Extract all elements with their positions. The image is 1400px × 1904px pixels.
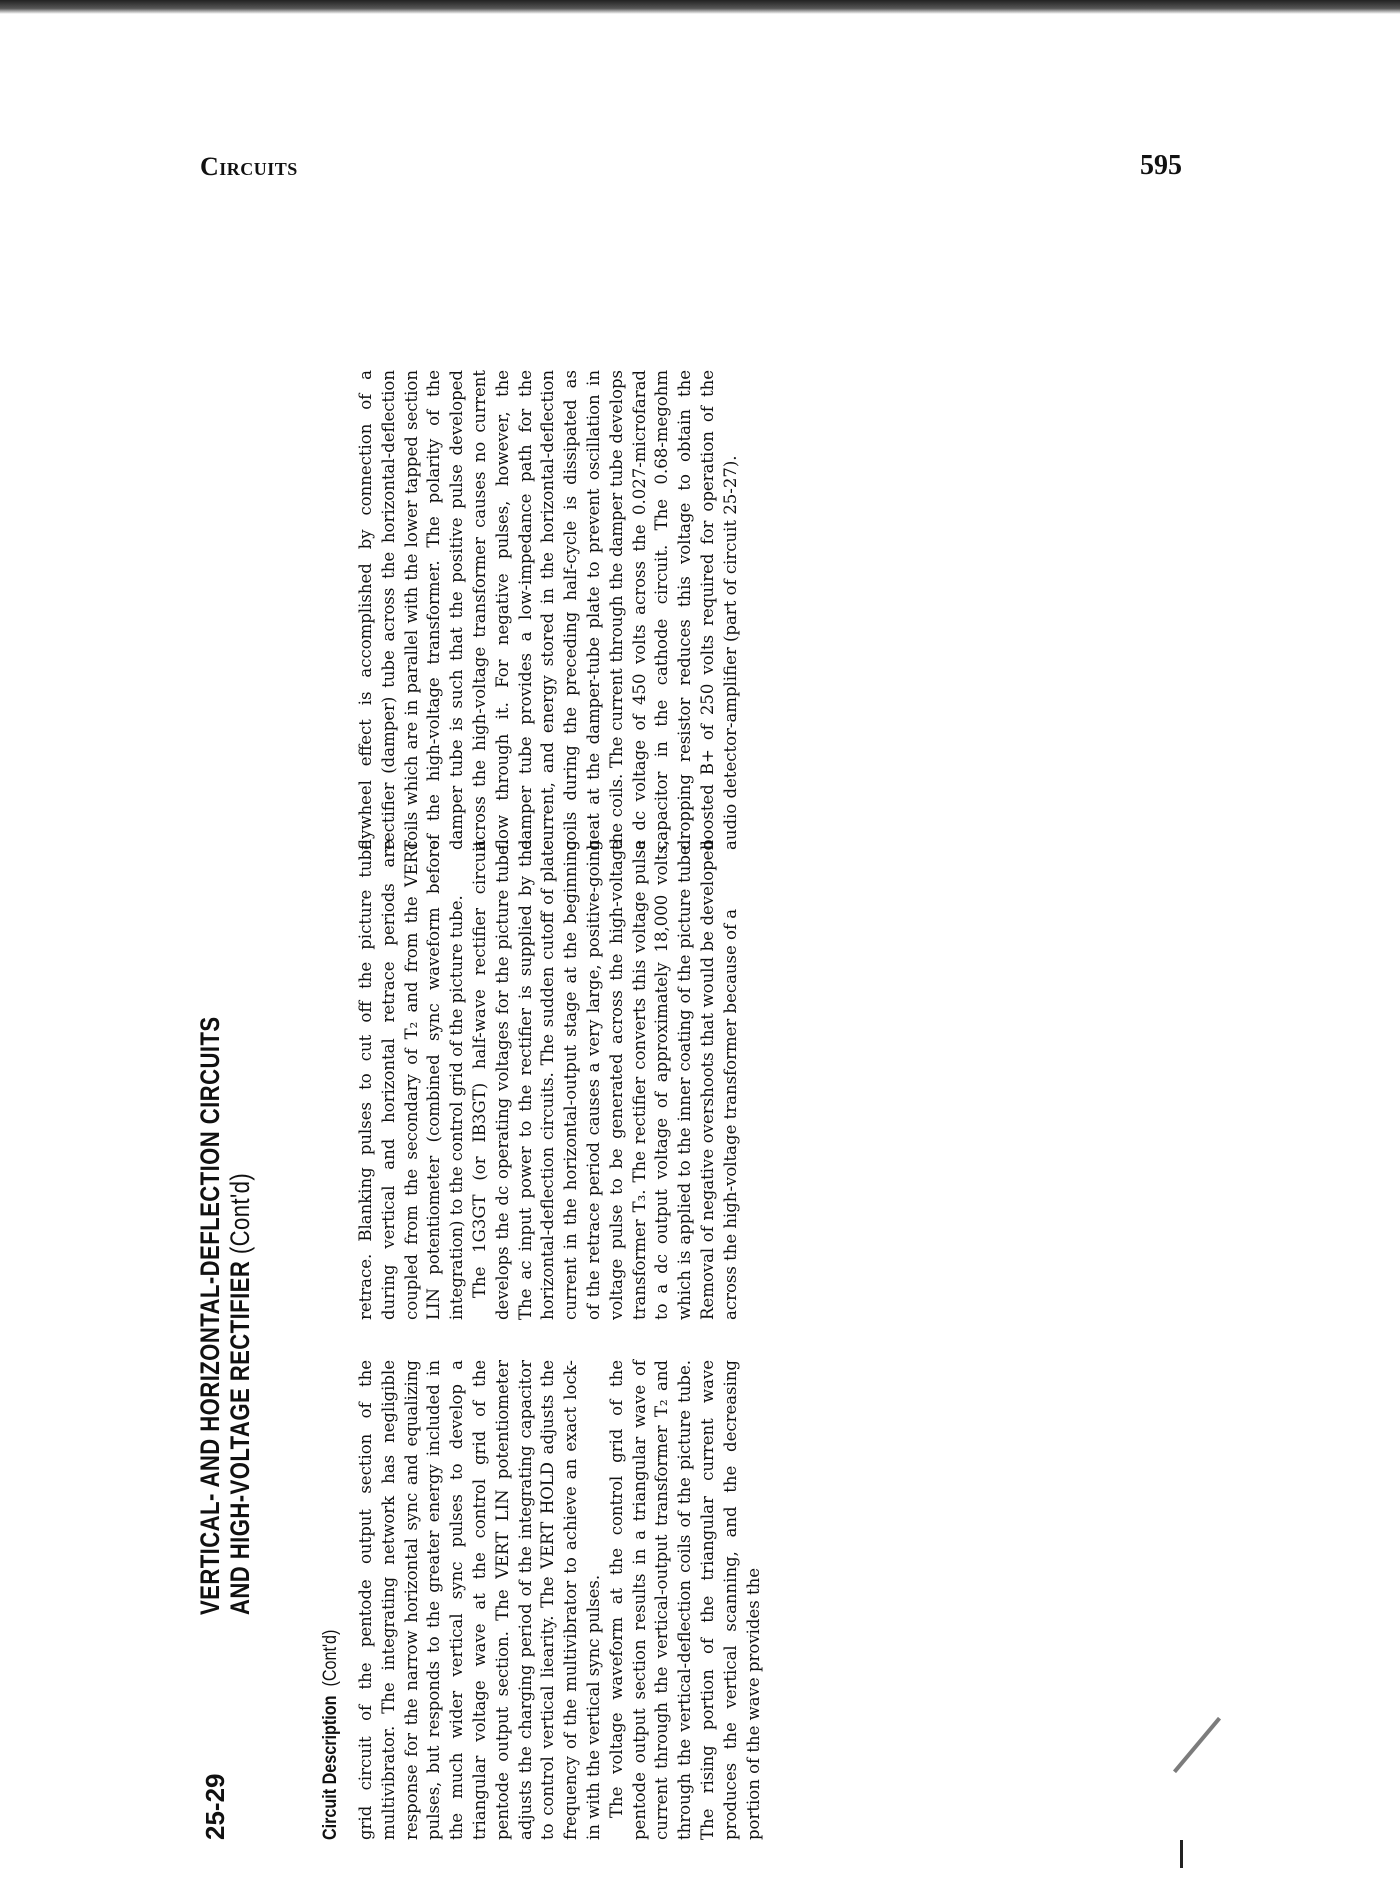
section-contd: (Cont'd) <box>320 1630 341 1687</box>
paragraph: The 1G3GT (or IB3GT) half-wave rectifier… <box>469 840 743 1320</box>
column-2: retrace. Blanking pulses to cut off the … <box>355 840 765 1320</box>
title-contd: (Cont'd) <box>225 1173 255 1254</box>
page-header: 25-29 VERTICAL- AND HORIZONTAL-DEFLECTIO… <box>190 170 340 1870</box>
section-heading-text: Circuit Description <box>320 1696 341 1840</box>
paragraph: flywheel effect is accomplished by conne… <box>355 370 743 850</box>
scan-mark <box>1180 1840 1183 1868</box>
pen-mark <box>1173 1717 1221 1773</box>
column-3: flywheel effect is accomplished by conne… <box>355 370 743 850</box>
paragraph: The voltage waveform at the control grid… <box>606 1360 766 1840</box>
page-title: VERTICAL- AND HORIZONTAL-DEFLECTION CIRC… <box>195 1016 255 1615</box>
circuit-number: 25-29 <box>200 1774 231 1841</box>
title-line-1: VERTICAL- AND HORIZONTAL-DEFLECTION CIRC… <box>195 1016 225 1615</box>
rotated-content: 25-29 VERTICAL- AND HORIZONTAL-DEFLECTIO… <box>190 170 1050 1870</box>
paragraph: retrace. Blanking pulses to cut off the … <box>355 840 469 1320</box>
scan-edge <box>0 0 1400 14</box>
page-number: 595 <box>1140 150 1182 182</box>
title-line-2-text: AND HIGH-VOLTAGE RECTIFIER <box>225 1261 255 1615</box>
body-columns: grid circuit of the pentode output secti… <box>355 840 765 1840</box>
section-heading: Circuit Description (Cont'd) <box>320 1630 342 1840</box>
title-line-2: AND HIGH-VOLTAGE RECTIFIER (Cont'd) <box>225 1016 255 1615</box>
column-1: grid circuit of the pentode output secti… <box>355 1360 765 1840</box>
paragraph: grid circuit of the pentode output secti… <box>355 1360 606 1840</box>
